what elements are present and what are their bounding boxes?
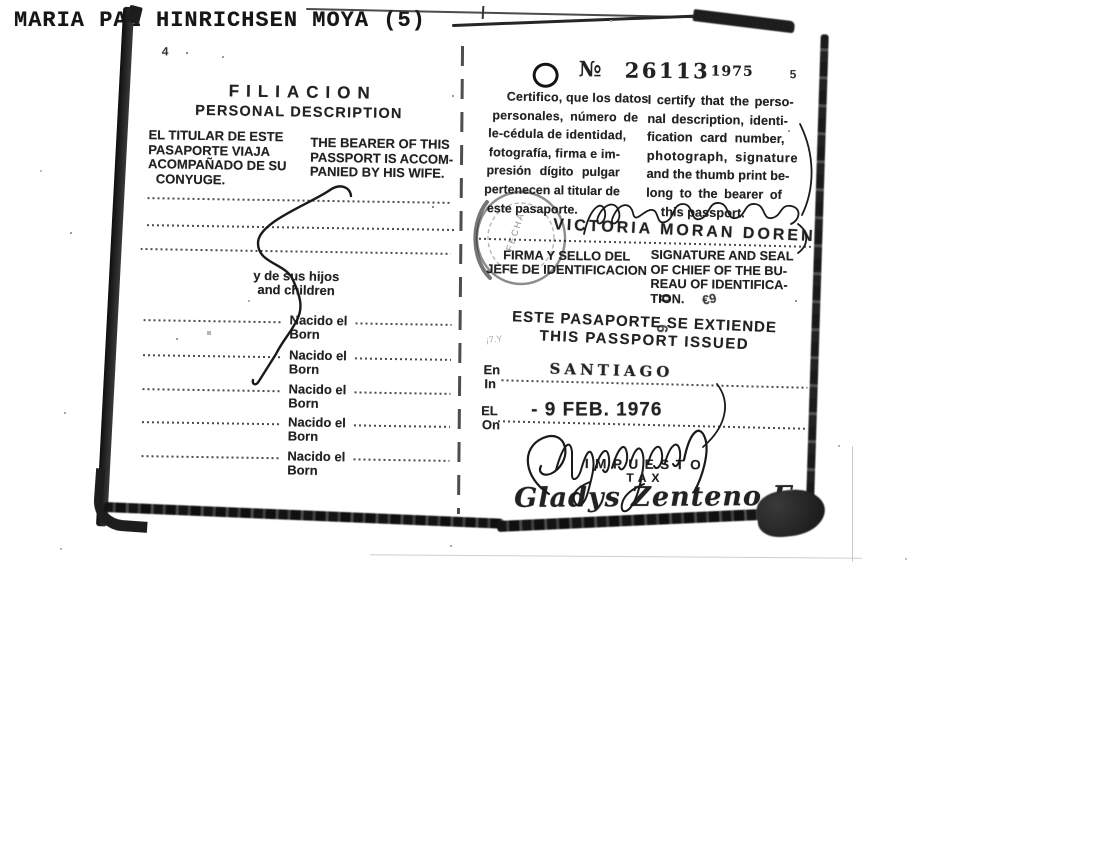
place-label-en: In <box>484 376 496 391</box>
spouse-note-es: EL TITULAR DE ESTE PASAPORTE VIAJA ACOMP… <box>148 128 309 189</box>
blank-line <box>148 197 452 204</box>
cert-es-line: este pasaporte. <box>487 201 578 217</box>
cert-es-line: pertenecen al titular de <box>484 182 620 198</box>
cert-es-line: Certifico, que los datos <box>507 89 649 105</box>
cert-en-line: long to the bearer of <box>646 185 782 202</box>
birth-row: Nacido el Born <box>143 310 451 345</box>
cert-es-line: le-cédula de identidad, <box>488 126 626 142</box>
birth-date-line <box>354 391 450 395</box>
born-label-en: Born <box>287 462 318 477</box>
place-line <box>501 379 807 388</box>
right-page: № 26113 1975 5 Certifico, que los datos … <box>470 40 820 534</box>
seal-caption-en: SIGNATURE AND SEAL OF CHIEF OF THE BU- R… <box>650 248 815 308</box>
birth-row: Nacido el Born <box>141 446 449 481</box>
left-page-title-en: PERSONAL DESCRIPTION <box>139 102 459 123</box>
place-stamp: SANTIAGO <box>549 360 673 381</box>
passport-spine-edge <box>96 7 134 527</box>
right-page-number: 5 <box>790 67 797 81</box>
born-label-en: Born <box>288 428 319 443</box>
born-label-en: Born <box>288 395 319 410</box>
left-page-title-es: FILIACION <box>139 80 459 105</box>
blank-line <box>147 224 455 231</box>
birth-row: Nacido el Born <box>143 345 451 380</box>
left-page: 4 FILIACION PERSONAL DESCRIPTION EL TITU… <box>133 40 460 515</box>
birth-date-line <box>354 424 450 428</box>
birth-date-line <box>143 354 281 358</box>
cert-es-line: presión dígito pulgar <box>486 164 619 180</box>
spouse-note-en: THE BEARER OF THIS PASSPORT IS ACCOM- PA… <box>310 136 461 182</box>
cert-en-line: nal description, identi- <box>647 110 788 127</box>
place-label-es: En <box>483 362 500 377</box>
serial-prefix: № <box>579 56 602 81</box>
scan-caption: MARIA PAZ HINRICHSEN MOYA (5) <box>14 8 426 33</box>
scan-artifact-hline <box>370 554 862 558</box>
cert-en-line: this passport. <box>661 204 745 220</box>
scan-noise-specks <box>0 0 2 2</box>
birth-date-line <box>144 319 282 323</box>
cert-es-line: fotografía, firma e im- <box>489 145 620 161</box>
certification-paragraph: Certifico, que los datos I certify that … <box>473 89 820 225</box>
right-page-top-edge <box>452 14 700 27</box>
serial-ring-icon <box>533 63 559 88</box>
cert-en-line: photograph, signature <box>647 148 799 166</box>
birth-date-line <box>141 455 279 459</box>
date-stamp: - 9 FEB. 1976 <box>531 399 662 421</box>
blank-line <box>141 248 451 255</box>
born-label-en: Born <box>289 326 320 341</box>
seal-caption-es: FIRMA Y SELLO DEL JEFE DE IDENTIFICACION <box>481 248 653 278</box>
birth-date-line <box>356 322 452 326</box>
page-top-tick <box>482 6 485 19</box>
cert-en-line: fication card number, <box>647 129 785 146</box>
birth-date-line <box>142 421 280 425</box>
scan-artifact-vline <box>852 446 853 562</box>
birth-date-line <box>355 357 451 361</box>
birth-row: Nacido el Born <box>142 379 450 414</box>
cert-es-line: personales, número de <box>492 108 638 124</box>
serial-year: 1975 <box>711 63 754 79</box>
scanned-passport-page: { "header": { "title_line": "MARIA PAZ H… <box>0 0 1100 850</box>
cert-en-line: and the thumb print be- <box>646 166 789 183</box>
birth-row: Nacido el Born <box>142 412 450 447</box>
date-label-es: EL <box>481 403 498 418</box>
date-line <box>498 420 807 430</box>
birth-date-line <box>353 458 449 462</box>
born-label-en: Born <box>289 361 320 376</box>
left-page-number: 4 <box>162 44 169 58</box>
top-right-corner-fold <box>693 9 796 33</box>
serial-number: 26113 <box>625 58 711 84</box>
birth-date-line <box>143 388 281 392</box>
ink-stamp-mark: €9 <box>701 291 718 308</box>
cert-en-line: I certify that the perso- <box>648 92 794 109</box>
